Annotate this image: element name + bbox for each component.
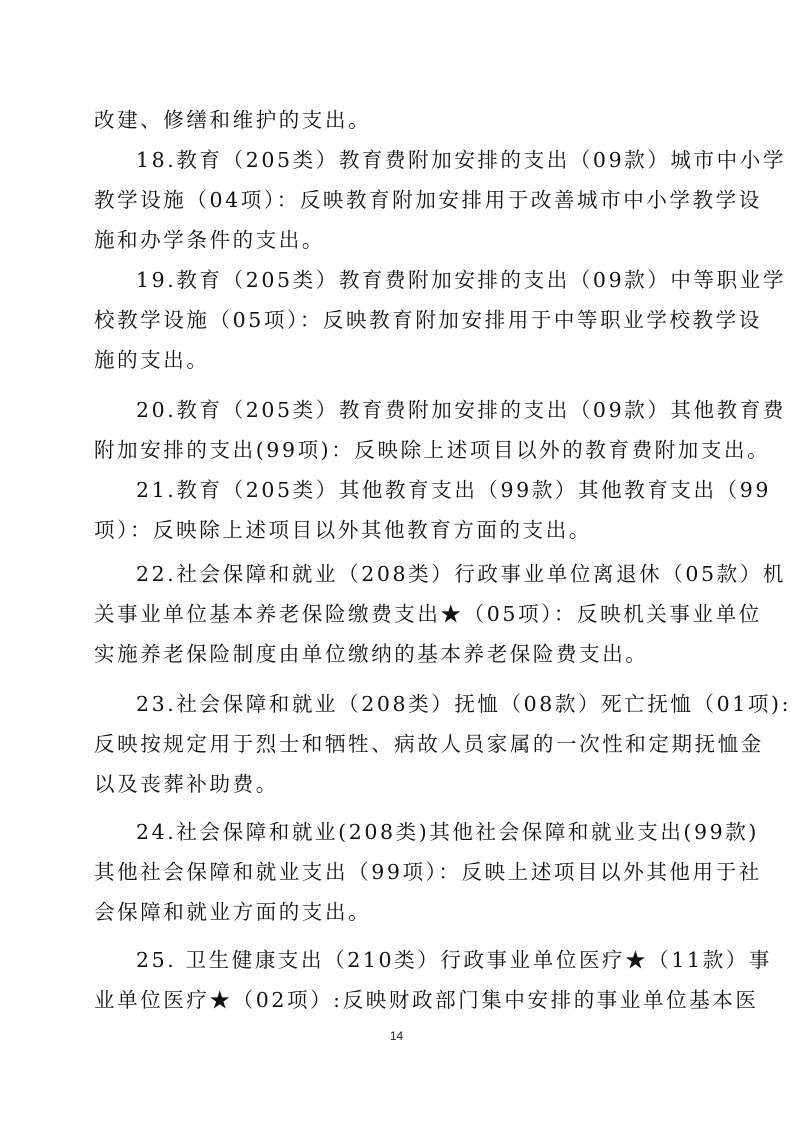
text-line: 19.教育（205类）教育费附加安排的支出（09款）中等职业学 <box>136 266 718 294</box>
text-line: 改建、修缮和维护的支出。 <box>94 106 718 134</box>
text-line: 业单位医疗★（02项）:反映财政部门集中安排的事业单位基本医 <box>94 986 718 1014</box>
text-line: 校教学设施（05项）：反映教育附加安排用于中等职业学校教学设 <box>94 306 718 334</box>
text-line: 20.教育（205类）教育费附加安排的支出（09款）其他教育费 <box>136 396 718 424</box>
text-line: 24.社会保障和就业(208类)其他社会保障和就业支出(99款) <box>136 818 718 846</box>
text-line: 以及丧葬补助费。 <box>94 770 718 798</box>
text-line: 教学设施（04项）：反映教育附加安排用于改善城市中小学教学设 <box>94 186 718 214</box>
text-line: 反映按规定用于烈士和牺牲、病故人员家属的一次性和定期抚恤金 <box>94 730 718 758</box>
text-line: 会保障和就业方面的支出。 <box>94 898 718 926</box>
text-line: 关事业单位基本养老保险缴费支出★（05项）：反映机关事业单位 <box>94 600 718 628</box>
text-line: 25. 卫生健康支出（210类）行政事业单位医疗★（11款）事 <box>136 946 718 974</box>
text-line: 18.教育（205类）教育费附加安排的支出（09款）城市中小学 <box>136 146 718 174</box>
text-line: 施的支出。 <box>94 346 718 374</box>
text-line: 实施养老保险制度由单位缴纳的基本养老保险费支出。 <box>94 640 718 668</box>
text-line: 施和办学条件的支出。 <box>94 226 718 254</box>
text-line: 22.社会保障和就业（208类）行政事业单位离退休（05款）机 <box>136 560 718 588</box>
text-line: 附加安排的支出(99项)：反映除上述项目以外的教育费附加支出。 <box>94 436 718 464</box>
document-page: 改建、修缮和维护的支出。18.教育（205类）教育费附加安排的支出（09款）城市… <box>0 0 793 1122</box>
text-line: 23.社会保障和就业（208类）抚恤（08款）死亡抚恤（01项): <box>136 690 718 718</box>
text-line: 其他社会保障和就业支出（99项）：反映上述项目以外其他用于社 <box>94 858 718 886</box>
text-line: 21.教育（205类）其他教育支出（99款）其他教育支出（99 <box>136 476 718 504</box>
text-line: 项）：反映除上述项目以外其他教育方面的支出。 <box>94 516 718 544</box>
page-number: 14 <box>0 1029 793 1043</box>
